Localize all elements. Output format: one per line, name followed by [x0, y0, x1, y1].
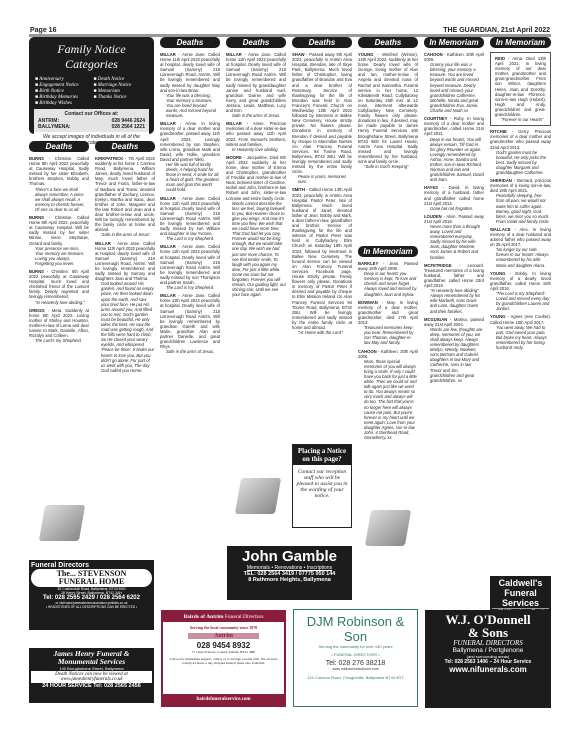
- ad-name: FUNERAL HOME: [32, 578, 151, 586]
- ad-name: Funeral Directors: [225, 614, 264, 620]
- ad-name: Caldwell's: [492, 578, 549, 588]
- ad-name: Monumental Services: [31, 658, 152, 666]
- notice: MILLAR - Annie Jane. Called home 11th Ap…: [160, 196, 220, 242]
- notice: BURNS - Christine. 8th April 2022 peacef…: [29, 269, 89, 305]
- section-header-memoriam: In Memoriam: [358, 246, 418, 257]
- james-henry-ad: James Henry Funeral & Monumental Service…: [29, 648, 154, 703]
- notice: MILLAR - Annie Jane. Called Home 11th Ap…: [160, 52, 220, 118]
- category-item: Anniversary: [35, 77, 90, 82]
- category-item: Birthday Memories: [35, 95, 90, 100]
- notice: BURNS - Christine. Called Home 8th April…: [29, 156, 89, 212]
- ad-tag: Funeral Directors: [31, 562, 152, 569]
- category-item: Engagement Notice: [35, 83, 90, 88]
- djm-robinson-ad: DJM Robinson & Son Serving the community…: [293, 609, 418, 707]
- notice: CAHOON - Kathleen. 20th April 2006.Grann…: [424, 52, 484, 113]
- ad-web[interactable]: www.jameshenryfunerals.co.uk: [32, 677, 151, 682]
- memoriam-column-7: CAHOON - Kathleen. 20th April 2006.Grann…: [424, 52, 484, 582]
- notice: YOUNG - Bobby. In loving memory of a dea…: [490, 271, 551, 312]
- section-header-deaths: Deaths: [95, 141, 155, 152]
- ad-sub: • FUNERAL DIRECTORS •: [294, 652, 417, 657]
- ad-tel: 24 HOUR SERVICE Tel: 028 2565 2456: [31, 683, 152, 689]
- notice: HAYES - David. In loving memory of a hus…: [424, 185, 484, 210]
- ad-name: & Sons: [428, 626, 548, 639]
- notice: SMITH - Called Home 13th April 2022, pea…: [292, 187, 352, 335]
- notices-column-5: SHAW - Passed away 9th April 2022, peace…: [292, 52, 352, 412]
- notice: CAHOON - Kathleen. 20th April 2006.Mum, …: [358, 349, 418, 441]
- ad-body: Call us for immediate support, advice or…: [163, 654, 284, 668]
- notice: MOORE - Jacqueline. Died 8th April 2022 …: [226, 155, 286, 298]
- notice: WALLACE - Alex. In loving memory of a de…: [490, 227, 551, 268]
- notices-column-3: MILLAR - Annie Jane. Called Home 11th Ap…: [160, 52, 220, 544]
- notice: MCFETRIDGE - Leonard. Treasured memories…: [424, 263, 484, 314]
- stevenson-ad: Funeral Directors The... STEVENSON FUNER…: [29, 560, 154, 630]
- section-header-deaths: Deaths: [160, 37, 220, 48]
- categories-title: Family Notice Categories: [32, 42, 151, 72]
- ad-town: Antrim: [188, 633, 259, 639]
- bible-icon: [235, 478, 281, 514]
- section-header-deaths: Deaths: [226, 37, 286, 48]
- category-item: Marriage Notice: [94, 83, 149, 88]
- notices-column-6: YOUNG - Winifred (Winnie), 14th April 20…: [358, 52, 418, 242]
- category-item: Birth Notice: [35, 89, 90, 94]
- notice: SHERIDAN - Bernard, precious memories of…: [490, 178, 551, 224]
- bible-icon: [365, 510, 411, 546]
- ad-name: Services: [492, 598, 549, 609]
- notice: LOUDEN - Alvin. Passed away 21st April 2…: [424, 214, 484, 260]
- notice-boxed: REID - Anna. Died 13th April 2021. In lo…: [490, 52, 551, 126]
- notice: BURNS - Christine. Called Home 8th April…: [29, 215, 89, 266]
- notice: MILLAR - Annie Jane. Called home 11th Ap…: [226, 52, 286, 118]
- notice: MCGUIGAN - Marina, passed away 21st Apri…: [424, 317, 484, 383]
- notice: BOWMAN - May. In loving memory of a dear…: [358, 300, 418, 346]
- office-phone: 028 2564 1221: [112, 124, 145, 130]
- odonnell-ad: W.J. O'Donnell & Sons FUNERAL DIRECTORS …: [425, 610, 551, 708]
- ad-address: 121 Culcrum Road, Cloughmills, Ballymena…: [304, 675, 407, 680]
- section-header-deaths: Deaths: [292, 37, 352, 48]
- ad-web[interactable]: www.nifunerals.com: [428, 665, 548, 674]
- page-number: Page 16: [30, 27, 56, 34]
- notices-column-2: KIRKPATRICK - 7th April 2022 suddenly at…: [95, 156, 155, 546]
- category-item: Memoriam: [94, 89, 149, 94]
- contact-box: Contact our Offices at: ANTRIM:028 9446 …: [34, 109, 149, 132]
- placing-notice-box: Placing a Notice on this page? Contact o…: [292, 444, 352, 528]
- ad-tel: 028 9454 8932: [163, 641, 284, 650]
- section-header-memoriam: In Memoriam: [424, 37, 484, 48]
- ad-address: 8 Rathmore Heights, Ballymena: [229, 577, 350, 583]
- notice: MILLAR - Annie. Precious memories of a d…: [226, 121, 286, 152]
- notice: SHAW - Passed away 9th April 2022, peace…: [292, 52, 352, 184]
- categories-list: Anniversary Death Notice Engagement Noti…: [32, 77, 151, 106]
- john-gamble-ad: John Gamble Memorials • Renovations • In…: [227, 546, 352, 600]
- placing-title: Placing a Notice on this page?: [293, 445, 351, 465]
- section-header-deaths: Deaths: [358, 37, 418, 48]
- notice: KIRKPATRICK - 7th April 2022 suddenly at…: [95, 156, 155, 238]
- notice: BARKLEY - Jean. Passed away 18th April 2…: [358, 261, 418, 297]
- notice: YOUNG - Agnes (nee Coulter). Called Home…: [490, 314, 551, 350]
- ad-note: • HEADSTONES OF ALL DESCRIPTIONS CAN BE …: [31, 605, 152, 609]
- bairds-ad: Bairds of Antrim Funeral Directors Servi…: [161, 610, 286, 707]
- category-item: Birthday Wishes: [35, 101, 90, 106]
- notice: RITCHIE - Gerry. Precious memories of a …: [490, 129, 551, 175]
- office-name: BALLYMENA:: [38, 124, 71, 130]
- masthead: THE GUARDIAN, 21st April 2022: [443, 27, 550, 34]
- ad-name: John Gamble: [229, 548, 350, 565]
- ad-tag: Serving the community for over 150 years: [294, 644, 417, 649]
- ad-towns: Ballymena / Portglenone: [428, 647, 548, 654]
- section-header-memoriam: In Memoriam: [490, 37, 551, 48]
- notice: MILLAR - Annie Jane. Called Home 11th Ap…: [95, 241, 155, 373]
- memoriam-column-8: REID - Anna. Died 13th April 2021. In lo…: [490, 52, 551, 527]
- notice: GREGG - Meta. Suddenly at home 5th April…: [29, 308, 89, 344]
- category-item: Thanks Notice: [94, 95, 149, 100]
- ad-sub: FUNERAL DIRECTORS: [428, 639, 548, 647]
- section-header-deaths: Deaths: [29, 141, 89, 152]
- notice: MILLAR - Annie Jane. Called home 11th Ap…: [160, 293, 220, 354]
- ad-web[interactable]: www.robinsonsofculcrum.com: [294, 667, 417, 671]
- notice: YOUNG - Winifred (Winnie), 14th April 20…: [358, 52, 418, 169]
- ad-tel: Tel: 028 276 38218: [294, 660, 417, 667]
- ad-tag: Serving the local community since 1870: [163, 625, 284, 630]
- ad-name: DJM Robinson & Son: [294, 614, 417, 644]
- notice: COURTNEY - Ruby. In loving memory of a d…: [424, 116, 484, 182]
- notice: MILLAR - Annie. In loving memory of a de…: [160, 121, 220, 192]
- category-item: Death Notice: [94, 77, 149, 82]
- ad-web[interactable]: bairdsfuneralservice.com: [163, 694, 284, 705]
- notices-column-1: BURNS - Christine. Called Home 8th April…: [29, 156, 89, 346]
- notices-column-4: MILLAR - Annie Jane. Called home 11th Ap…: [226, 52, 286, 472]
- contact-title: Contact our Offices at:: [38, 111, 145, 117]
- placing-body: Contact our reception staff who will be …: [293, 465, 351, 503]
- bible-icon: [39, 505, 85, 541]
- memoriam-column-6: BARKLEY - Jean. Passed away 18th April 2…: [358, 261, 418, 511]
- ad-name-box: The... STEVENSON FUNERAL HOME: [31, 569, 152, 587]
- ad-name: Funeral: [492, 588, 549, 598]
- notice: MILLAR - Annie Jane. Called home 11th Ap…: [160, 244, 220, 290]
- categories-box: Family Notice Categories Anniversary Dea…: [29, 37, 154, 134]
- ad-name: Bairds of Antrim: [183, 614, 223, 620]
